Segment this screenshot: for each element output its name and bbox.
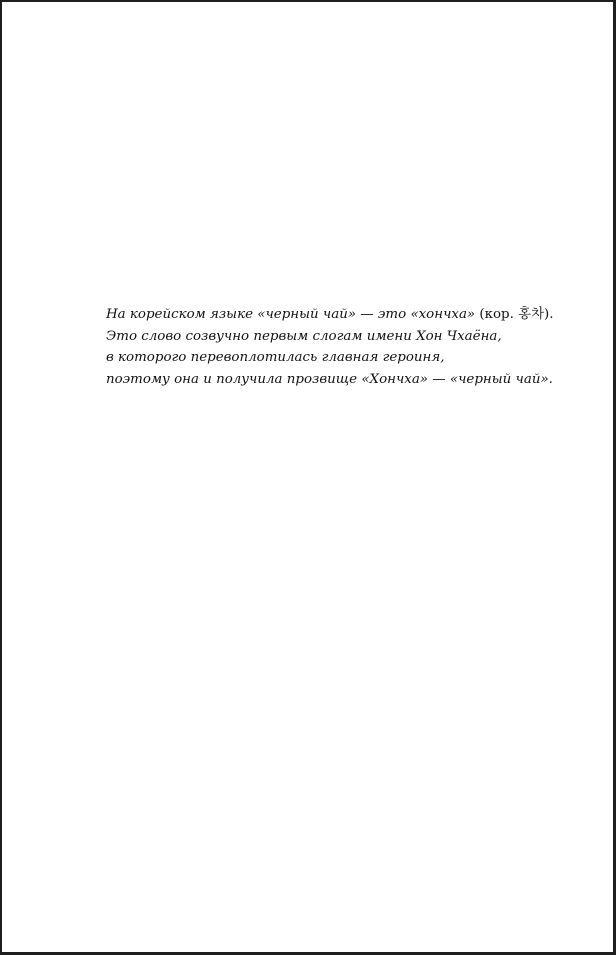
translator-note: На корейском языке «черный чай» — это «х… <box>106 304 554 390</box>
note-line-2: Это слово созвучно первым слогам имени Х… <box>106 326 554 348</box>
book-page: На корейском языке «черный чай» — это «х… <box>0 0 616 955</box>
note-line-1-korean-gloss: (кор. 홍차). <box>475 307 553 322</box>
note-line-4: поэтому она и получила прозвище «Хончха»… <box>106 369 554 391</box>
note-line-1: На корейском языке «черный чай» — это «х… <box>106 304 554 326</box>
note-line-1-italic: На корейском языке «черный чай» — это «х… <box>106 307 475 322</box>
note-line-3: в которого перевоплотилась главная герои… <box>106 347 554 369</box>
